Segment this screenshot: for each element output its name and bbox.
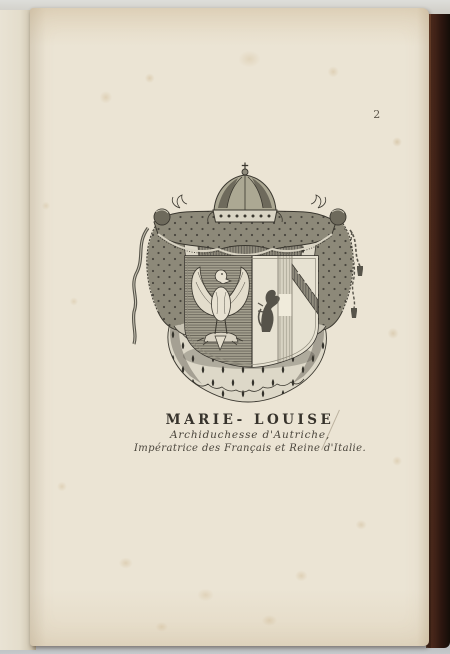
pelmet-knot-right — [330, 209, 346, 225]
imperial-crown — [208, 163, 283, 223]
book-cover-edge — [426, 14, 450, 648]
finial-sprig-right — [311, 195, 326, 208]
coat-of-arms-engraving — [128, 160, 372, 410]
plate-caption: MARIE- LOUISE Archiduchesse d'Autriche, … — [118, 412, 382, 456]
plate-title: MARIE- LOUISE — [118, 412, 382, 428]
pelmet-knot-left — [154, 209, 170, 225]
plate-subtitle-1: Archiduchesse d'Autriche, — [118, 428, 382, 442]
book-photograph: 2 — [0, 0, 450, 654]
page-number: 2 — [368, 108, 386, 121]
heraldic-shield — [185, 256, 318, 368]
finial-sprig-left — [172, 195, 187, 208]
plate-subtitle-2: Impératrice des Français et Reine d'Ital… — [118, 442, 382, 456]
